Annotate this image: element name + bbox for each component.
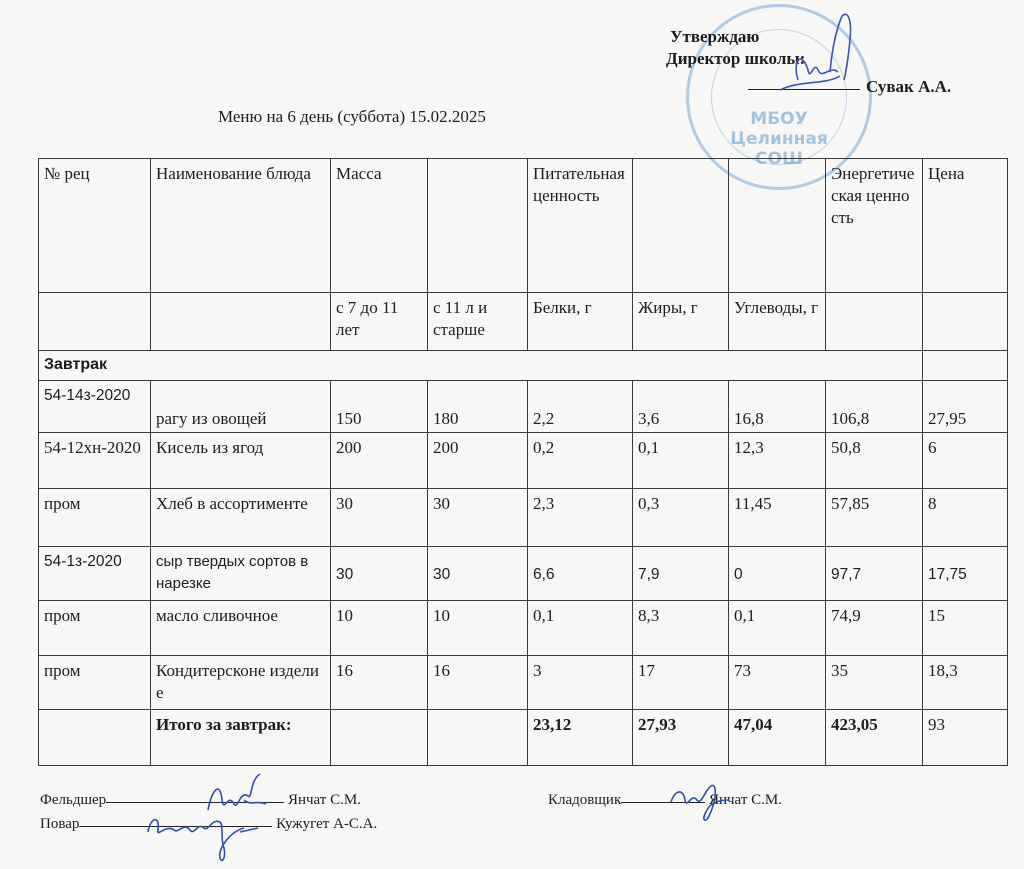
cell-mass-7-11: 200 bbox=[331, 433, 428, 489]
table-row: 54-14з-2020 рагу из овощей 150 180 2,2 3… bbox=[39, 381, 1008, 433]
cell-price: 27,95 bbox=[923, 381, 1008, 433]
cell-carbs: 12,3 bbox=[729, 433, 826, 489]
header-age-7-11: с 7 до 11 лет bbox=[331, 293, 428, 351]
footer-medic: Фельдшер Янчат С.М. bbox=[40, 792, 361, 809]
header-energy: Энергетическая ценность bbox=[826, 159, 923, 293]
header-empty bbox=[151, 293, 331, 351]
cell-fats: 3,6 bbox=[633, 381, 729, 433]
cell-proteins: 0,1 bbox=[528, 601, 633, 656]
approval-line2: Директор школы: bbox=[666, 48, 805, 70]
header-row-1: № рец Наименование блюда Масса Питательн… bbox=[39, 159, 1008, 293]
header-mass: Масса bbox=[331, 159, 428, 293]
storekeeper-signature-line bbox=[621, 802, 705, 803]
cell-proteins: 2,3 bbox=[528, 489, 633, 547]
cell-energy: 50,8 bbox=[826, 433, 923, 489]
cell-fats: 17 bbox=[633, 656, 729, 710]
cell-price: 8 bbox=[923, 489, 1008, 547]
cell-energy: 74,9 bbox=[826, 601, 923, 656]
signature-line bbox=[748, 89, 860, 90]
cell-dish-name: Хлеб в ассортименте bbox=[151, 489, 331, 547]
cell-price: 18,3 bbox=[923, 656, 1008, 710]
section-breakfast: Завтрак bbox=[39, 351, 923, 381]
approval-line1: Утверждаю bbox=[666, 26, 805, 48]
cell-recipe: 54-12хн-2020 bbox=[39, 433, 151, 489]
header-empty bbox=[729, 159, 826, 293]
table-row: 54-12хн-2020 Кисель из ягод 200 200 0,2 … bbox=[39, 433, 1008, 489]
header-empty bbox=[428, 159, 528, 293]
total-price: 93 bbox=[923, 710, 1008, 766]
cell-energy: 97,7 bbox=[826, 547, 923, 601]
cell-mass-11-plus: 200 bbox=[428, 433, 528, 489]
cell-recipe: пром bbox=[39, 489, 151, 547]
cell-carbs: 0,1 bbox=[729, 601, 826, 656]
total-row: Итого за завтрак: 23,12 27,93 47,04 423,… bbox=[39, 710, 1008, 766]
total-label: Итого за завтрак: bbox=[151, 710, 331, 766]
cook-label: Повар bbox=[40, 816, 79, 832]
medic-name: Янчат С.М. bbox=[288, 792, 361, 808]
table-row: пром Кондитерсконе изделие 16 16 3 17 73… bbox=[39, 656, 1008, 710]
table-row: пром масло сливочное 10 10 0,1 8,3 0,1 7… bbox=[39, 601, 1008, 656]
total-empty bbox=[39, 710, 151, 766]
cell-mass-7-11: 150 bbox=[331, 381, 428, 433]
table-row: 54-1з-2020 сыр твердых сортов в нарезке … bbox=[39, 547, 1008, 601]
cell-mass-11-plus: 30 bbox=[428, 547, 528, 601]
header-empty bbox=[39, 293, 151, 351]
cell-mass-11-plus: 180 bbox=[428, 381, 528, 433]
cell-proteins: 6,6 bbox=[528, 547, 633, 601]
header-carbs: Углеводы, г bbox=[729, 293, 826, 351]
footer-storekeeper: Кладовщик Янчат С.М. bbox=[548, 792, 782, 809]
cell-fats: 0,3 bbox=[633, 489, 729, 547]
header-row-2: с 7 до 11 лет с 11 л и старше Белки, г Ж… bbox=[39, 293, 1008, 351]
approval-block: Утверждаю Директор школы: Сувак А.А. bbox=[666, 26, 805, 70]
cell-price: 15 bbox=[923, 601, 1008, 656]
storekeeper-name: Янчат С.М. bbox=[709, 792, 782, 808]
cell-recipe: 54-14з-2020 bbox=[39, 381, 151, 433]
total-fats: 27,93 bbox=[633, 710, 729, 766]
cell-recipe: пром bbox=[39, 656, 151, 710]
approval-signer: Сувак А.А. bbox=[866, 77, 951, 96]
medic-label: Фельдшер bbox=[40, 792, 106, 808]
cell-mass-11-plus: 30 bbox=[428, 489, 528, 547]
cell-dish-name: Кисель из ягод bbox=[151, 433, 331, 489]
footer-cook: Повар Кужугет А-С.А. bbox=[40, 816, 377, 833]
cell-price: 17,75 bbox=[923, 547, 1008, 601]
cell-carbs: 16,8 bbox=[729, 381, 826, 433]
cell-dish-name: сыр твердых сортов в нарезке bbox=[151, 547, 331, 601]
page-title: Меню на 6 день (суббота) 15.02.2025 bbox=[218, 107, 486, 127]
total-energy: 423,05 bbox=[826, 710, 923, 766]
cell-fats: 8,3 bbox=[633, 601, 729, 656]
cell-dish-name: рагу из овощей bbox=[151, 381, 331, 433]
cell-price: 6 bbox=[923, 433, 1008, 489]
header-nutrition: Питательная ценность bbox=[528, 159, 633, 293]
storekeeper-label: Кладовщик bbox=[548, 792, 621, 808]
cook-name: Кужугет А-С.А. bbox=[276, 816, 377, 832]
cell-recipe: 54-1з-2020 bbox=[39, 547, 151, 601]
approval-signer-row: Сувак А.А. bbox=[748, 76, 951, 98]
header-empty bbox=[633, 159, 729, 293]
total-empty bbox=[428, 710, 528, 766]
cell-mass-11-plus: 10 bbox=[428, 601, 528, 656]
header-proteins: Белки, г bbox=[528, 293, 633, 351]
cell-mass-11-plus: 16 bbox=[428, 656, 528, 710]
header-fats: Жиры, г bbox=[633, 293, 729, 351]
cell-dish-name: Кондитерсконе изделие bbox=[151, 656, 331, 710]
total-carbs: 47,04 bbox=[729, 710, 826, 766]
cook-signature-line bbox=[79, 826, 272, 827]
menu-table: № рец Наименование блюда Масса Питательн… bbox=[38, 158, 1008, 766]
cell-proteins: 0,2 bbox=[528, 433, 633, 489]
header-age-11-plus: с 11 л и старше bbox=[428, 293, 528, 351]
cell-energy: 35 bbox=[826, 656, 923, 710]
header-dish-name: Наименование блюда bbox=[151, 159, 331, 293]
cell-mass-7-11: 10 bbox=[331, 601, 428, 656]
total-proteins: 23,12 bbox=[528, 710, 633, 766]
cell-dish-name: масло сливочное bbox=[151, 601, 331, 656]
header-price: Цена bbox=[923, 159, 1008, 293]
cell-carbs: 73 bbox=[729, 656, 826, 710]
section-row: Завтрак bbox=[39, 351, 1008, 381]
cell-proteins: 3 bbox=[528, 656, 633, 710]
cell-mass-7-11: 30 bbox=[331, 489, 428, 547]
cell-energy: 106,8 bbox=[826, 381, 923, 433]
medic-signature-line bbox=[106, 802, 284, 803]
cell-carbs: 0 bbox=[729, 547, 826, 601]
cell-fats: 0,1 bbox=[633, 433, 729, 489]
header-empty bbox=[923, 293, 1008, 351]
cell-mass-7-11: 30 bbox=[331, 547, 428, 601]
header-empty bbox=[826, 293, 923, 351]
total-empty bbox=[331, 710, 428, 766]
cell-carbs: 11,45 bbox=[729, 489, 826, 547]
header-recipe-no: № рец bbox=[39, 159, 151, 293]
table-row: пром Хлеб в ассортименте 30 30 2,3 0,3 1… bbox=[39, 489, 1008, 547]
cell-proteins: 2,2 bbox=[528, 381, 633, 433]
cell-energy: 57,85 bbox=[826, 489, 923, 547]
cell-fats: 7,9 bbox=[633, 547, 729, 601]
cell-recipe: пром bbox=[39, 601, 151, 656]
cell-mass-7-11: 16 bbox=[331, 656, 428, 710]
section-empty bbox=[923, 351, 1008, 381]
